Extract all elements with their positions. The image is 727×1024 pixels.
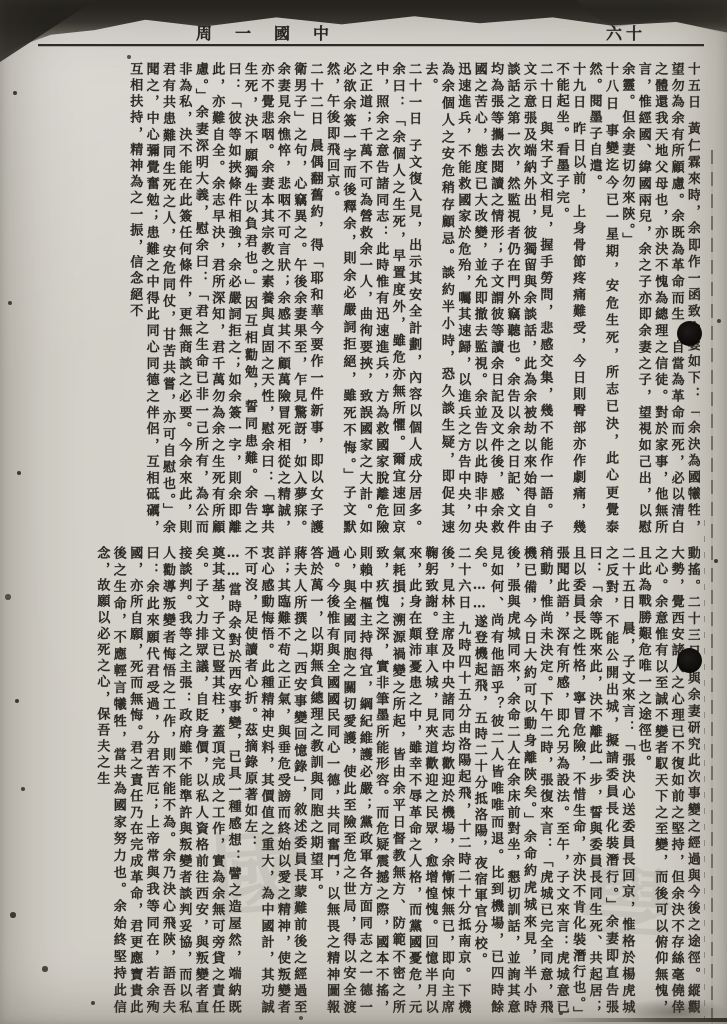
diary-block-top: 十五日黃仁霖來時，余即作一函致余妻如下：「余決為國犧牲，望勿為余有所顧慮。余既為… — [28, 62, 700, 536]
diary-entry: 十八日事變迄今已一星期，安危生死，所志已決，此心更覺泰然。閱墨子自遣。 — [585, 62, 618, 536]
diary-entry: ……當時余對於西安事變，已具一種感想：譬之造屋然，端納既奠其基，子文已豎其柱，蓋… — [93, 546, 241, 1016]
bottom-edge-streak — [540, 1018, 727, 1022]
header-rule — [38, 44, 704, 46]
torn-top-right-corner — [577, 0, 727, 34]
entry-date: 十五日 — [685, 62, 700, 122]
diary-entry: 蔣夫人所撰之「西安事變回憶錄」，敘述委員長蒙難前後之經過至詳；其臨難不苟之正氣，… — [241, 546, 307, 1016]
page-number: 六十 — [606, 21, 646, 44]
entry-date: 二十日 — [537, 62, 552, 122]
entry-date: 二十五日 — [619, 546, 634, 622]
entry-date: 十八日 — [603, 62, 618, 124]
magazine-title: 周一國中 — [196, 21, 352, 44]
diary-block-bottom: 動搖。二十三日與余妻研究此次事變之經過與今後之途徑。縱觀大勢，覺西安諸人之心理已… — [28, 546, 700, 1016]
diary-entry: 二十二日晨偶翻舊約，得「耶和華今要作一件新事，即以女子護衛男子」之句，心竊異之。… — [126, 62, 323, 536]
entry-date: 二十一日 — [406, 62, 421, 138]
diary-entry: 二十五日晨，子文來言：「張決心送委員長回京，惟格於楊虎城之反對，不能公開出城，擬… — [470, 546, 634, 1016]
torn-top-left-corner — [0, 0, 95, 62]
diary-entry: 二十一日子文復入見，出示其安全計劃，內容以個人成分居多。余曰：「余個人之生死，早… — [323, 62, 421, 536]
binding-hole — [677, 321, 702, 346]
diary-entry: 二十日與宋子文相見，握手勞問，悲感交集，幾不能作一語。子文示意張及端納外出，彼獨… — [421, 62, 552, 536]
entry-date: 二十六日 — [455, 546, 470, 622]
scan-gutter-line — [711, 150, 713, 1024]
ink-speckles — [0, 0, 2, 2]
scanned-magazine-page: 周一國中 六十 十五日黃仁霖來時，余即作一函致余妻如下：「余決為國犧牲，望勿為余… — [0, 0, 727, 1024]
diary-entry: 二十六日九時四十五分由洛陽起飛，十二時二十分抵南京。下機後，見林主席及中央諸同志… — [306, 546, 470, 1016]
binding-hole — [677, 648, 702, 673]
scan-gutter-line-faint — [704, 520, 705, 1020]
entry-date: 二十二日 — [308, 62, 323, 138]
entry-date: 十九日 — [570, 62, 585, 122]
diary-entry: 十五日黃仁霖來時，余即作一函致余妻如下：「余決為國犧牲，望勿為余有所顧慮。余既為… — [618, 62, 700, 536]
diary-entry: 動搖。二十三日與余妻研究此次事變之經過與今後之途徑。縱觀大勢，覺西安諸人之心理已… — [634, 546, 700, 1016]
diary-entry: 十九日昨日以前，上身骨節疼痛難受，今日則臀部亦作劇痛，幾不能起坐。看墨子完。 — [552, 62, 585, 536]
